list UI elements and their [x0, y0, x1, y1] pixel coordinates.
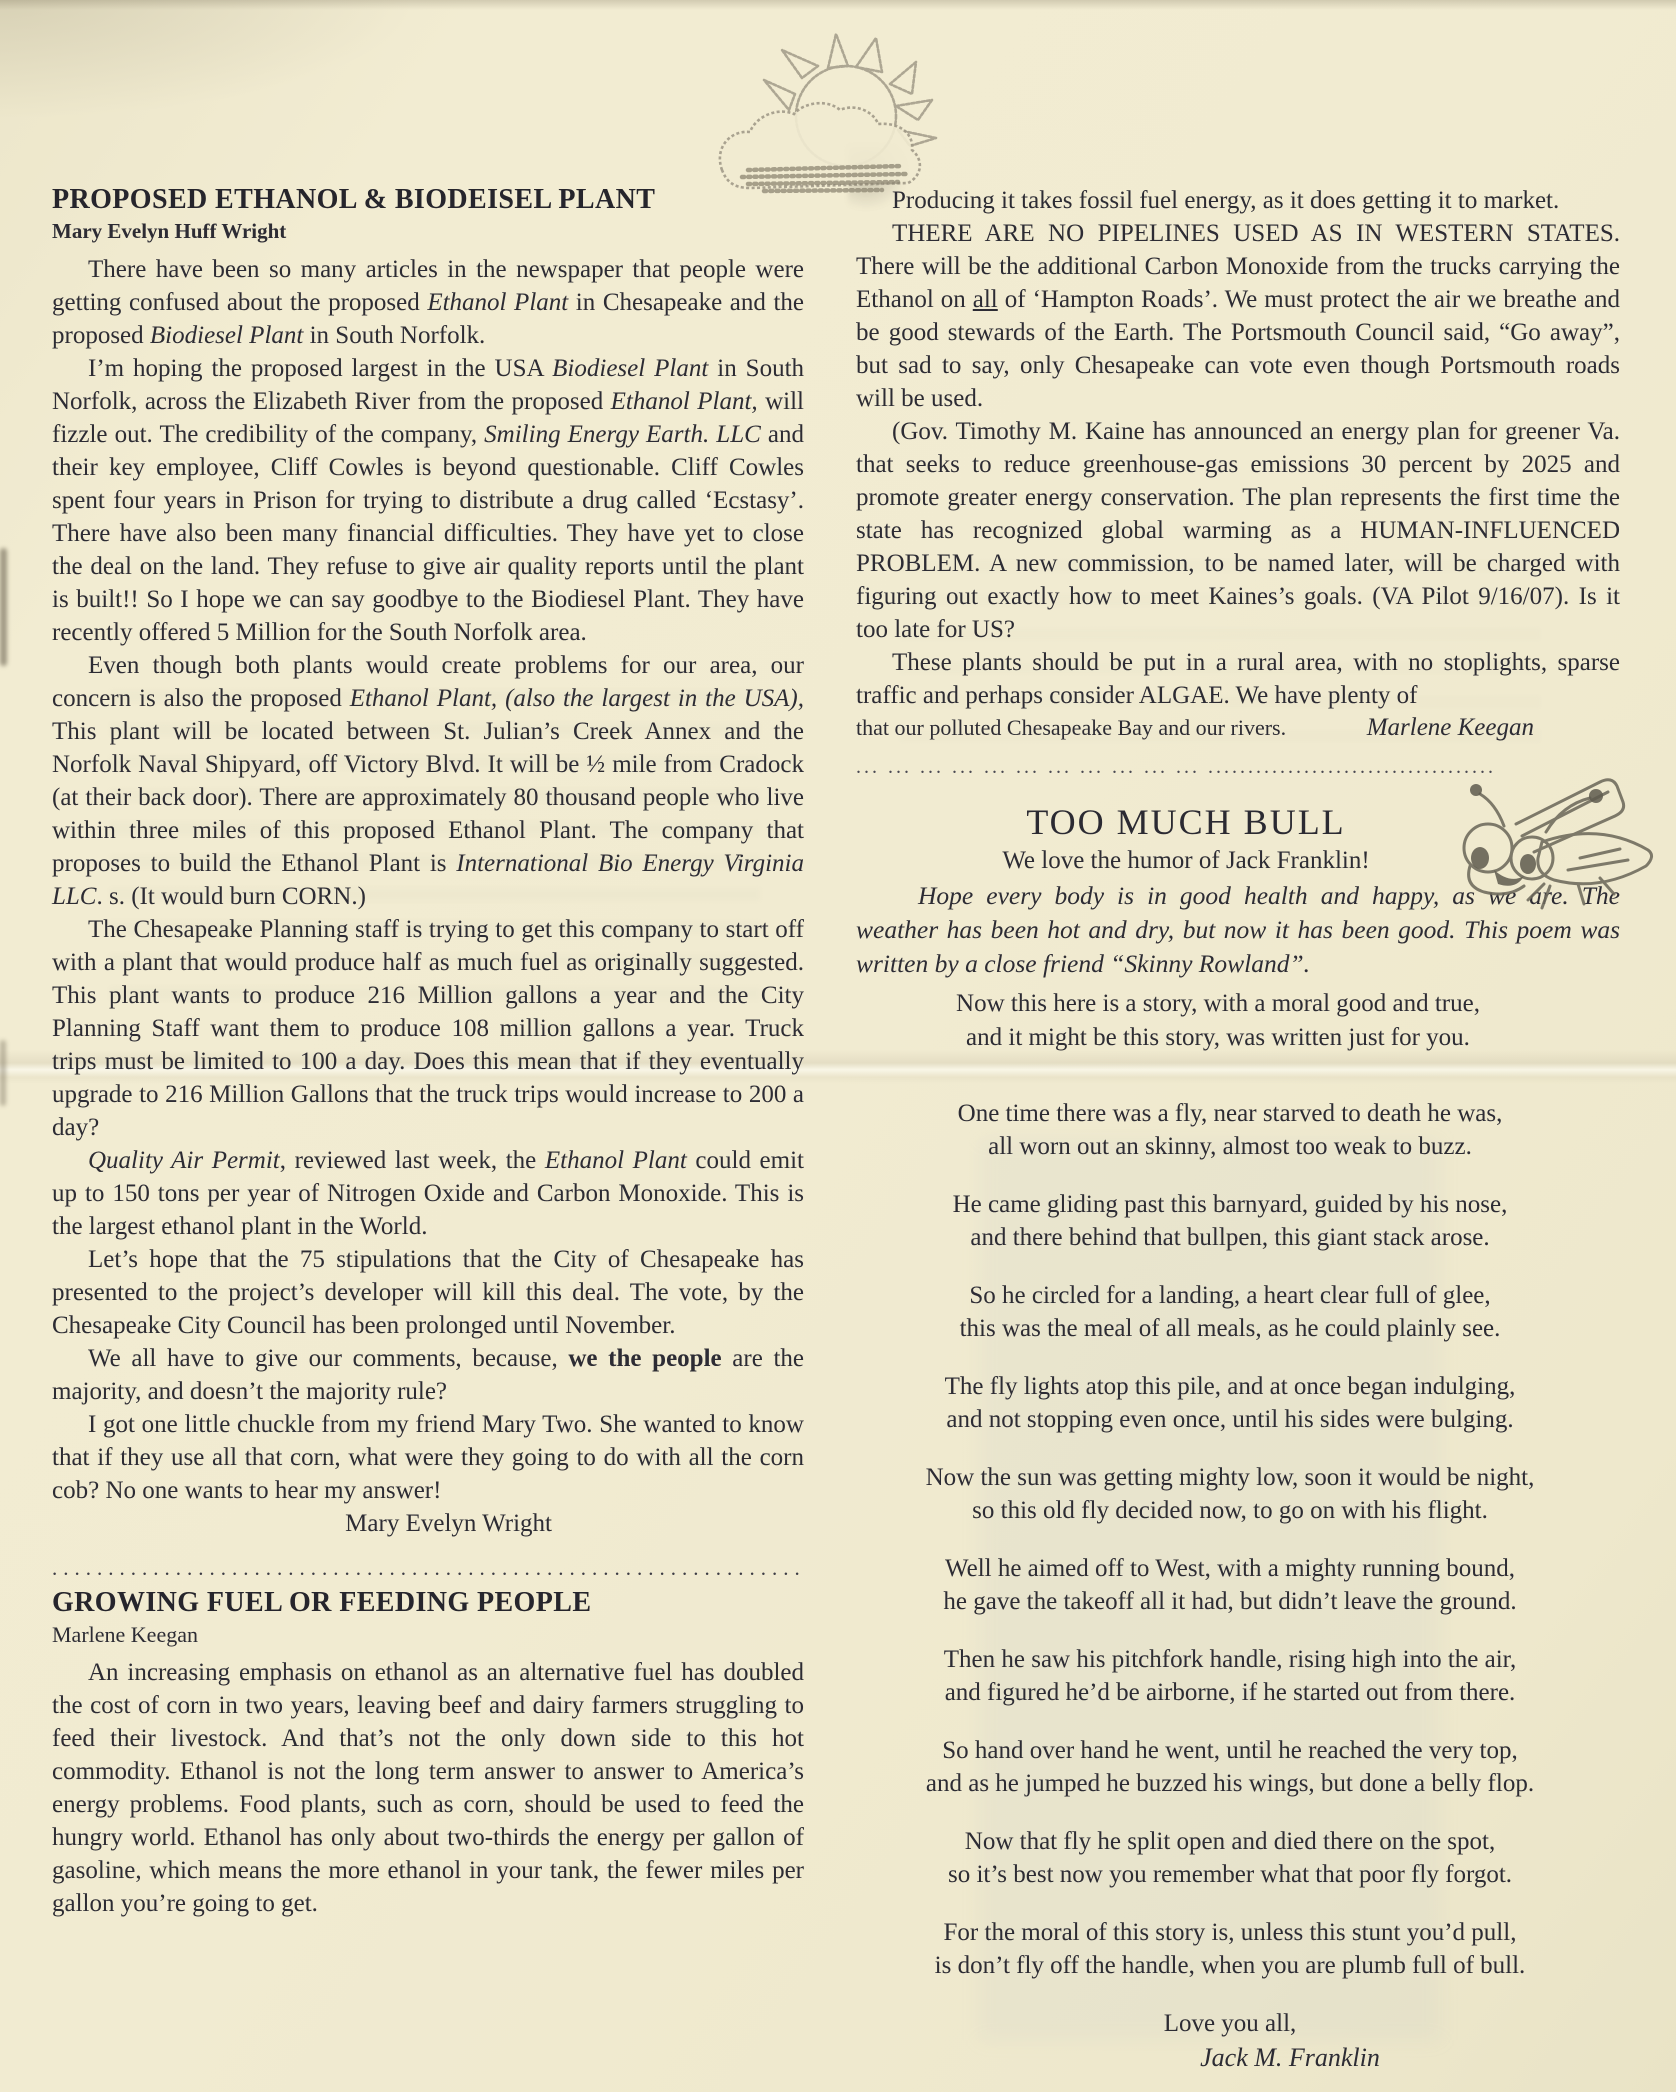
body-paragraph: I got one little chuckle from my friend … [52, 1408, 804, 1507]
body-paragraph: THERE ARE NO PIPELINES USED AS IN WESTER… [856, 217, 1620, 415]
article-title: PROPOSED ETHANOL & BIODEISEL PLANT [52, 184, 804, 216]
body-paragraph: I’m hoping the proposed largest in the U… [52, 352, 804, 649]
body-paragraph: Even though both plants would create pro… [52, 649, 804, 913]
poem: One time there was a fly, near starved t… [856, 1097, 1604, 1982]
dotted-separator: ... ... ... ... ... ... ... ... ... ... … [856, 757, 1496, 777]
too-much-bull-section: TOO MUCH BULL We love the humor of Jack … [856, 801, 1620, 2076]
left-column: PROPOSED ETHANOL & BIODEISEL PLANT Mary … [52, 184, 804, 1920]
author-signature: Jack M. Franklin [856, 2040, 1604, 2076]
poem-stanza: Now the sun was getting mighty low, soon… [856, 1461, 1604, 1527]
body-paragraph: These plants should be put in a rural ar… [856, 646, 1620, 712]
poem-line: Now the sun was getting mighty low, soon… [856, 1461, 1604, 1494]
poem-line: One time there was a fly, near starved t… [856, 1097, 1604, 1130]
poem-line: all worn out an skinny, almost too weak … [856, 1130, 1604, 1163]
poem-line: Now that fly he split open and died ther… [856, 1825, 1604, 1858]
poem-line: and there behind that bullpen, this gian… [856, 1221, 1604, 1254]
poem-stanza: Well he aimed off to West, with a mighty… [856, 1552, 1604, 1618]
poem-line: and figured he’d be airborne, if he star… [856, 1676, 1604, 1709]
body-paragraph: We all have to give our comments, becaus… [52, 1342, 804, 1408]
poem-stanza: So hand over hand he went, until he reac… [856, 1734, 1604, 1800]
body-paragraph: An increasing emphasis on ethanol as an … [52, 1656, 804, 1920]
poem-stanza: One time there was a fly, near starved t… [856, 1097, 1604, 1163]
closing-line: that our polluted Chesapeake Bay and our… [856, 712, 1620, 743]
corner-fold-shadow [0, 0, 420, 120]
poem-line: he gave the takeoff all it had, but didn… [856, 1585, 1604, 1618]
poem-line: and not stopping even once, until his si… [856, 1403, 1604, 1436]
poem-line: So hand over hand he went, until he reac… [856, 1734, 1604, 1767]
section-subtitle: We love the humor of Jack Franklin! [856, 847, 1516, 875]
poem-line: Now this here is a story, with a moral g… [856, 987, 1580, 1021]
poem-line: Well he aimed off to West, with a mighty… [856, 1552, 1604, 1585]
author-signature: Mary Evelyn Wright [52, 1507, 804, 1541]
body-paragraph: (Gov. Timothy M. Kaine has announced an … [856, 415, 1620, 646]
article-author: Mary Evelyn Huff Wright [52, 219, 804, 244]
poem-stanza: He came gliding past this barnyard, guid… [856, 1188, 1604, 1254]
author-signature: Marlene Keegan [1367, 714, 1534, 742]
poem-stanza: Now that fly he split open and died ther… [856, 1825, 1604, 1891]
body-paragraph: The Chesapeake Planning staff is trying … [52, 913, 804, 1144]
poem-stanza: The fly lights atop this pile, and at on… [856, 1370, 1604, 1436]
scan-edge-mark [0, 1040, 6, 1106]
poem-line: so it’s best now you remember what that … [856, 1858, 1604, 1891]
body-paragraph: Let’s hope that the 75 stipulations that… [52, 1243, 804, 1342]
dotted-separator: ........................................… [52, 1557, 804, 1579]
article-author: Marlene Keegan [52, 1622, 804, 1648]
article-title: GROWING FUEL OR FEEDING PEOPLE [52, 1587, 804, 1619]
body-paragraph: Producing it takes fossil fuel energy, a… [856, 184, 1620, 217]
poem-line: So he circled for a landing, a heart cle… [856, 1279, 1604, 1312]
body-paragraph: There have been so many articles in the … [52, 253, 804, 352]
poem-line: For the moral of this story is, unless t… [856, 1916, 1604, 1949]
poem-line: and as he jumped he buzzed his wings, bu… [856, 1767, 1604, 1800]
poem-line: this was the meal of all meals, as he co… [856, 1312, 1604, 1345]
poem-stanza: For the moral of this story is, unless t… [856, 1916, 1604, 1982]
section-title: TOO MUCH BULL [856, 801, 1516, 843]
poem-stanza: Then he saw his pitchfork handle, rising… [856, 1643, 1604, 1709]
scan-edge-mark [0, 548, 7, 666]
closing-text: that our polluted Chesapeake Bay and our… [856, 712, 1286, 743]
poem-stanza: So he circled for a landing, a heart cle… [856, 1279, 1604, 1345]
poem-line: The fly lights atop this pile, and at on… [856, 1370, 1604, 1403]
poem-line: so this old fly decided now, to go on wi… [856, 1494, 1604, 1527]
fly-illustration [1450, 744, 1670, 930]
poem-closing: Love you all, [856, 2007, 1604, 2040]
scanned-newsletter-page: PROPOSED ETHANOL & BIODEISEL PLANT Mary … [0, 0, 1676, 2092]
right-column: Producing it takes fossil fuel energy, a… [856, 184, 1620, 2076]
poem-line: is don’t fly off the handle, when you ar… [856, 1949, 1604, 1982]
poem-line: and it might be this story, was written … [856, 1021, 1580, 1055]
poem-line: Then he saw his pitchfork handle, rising… [856, 1643, 1604, 1676]
poem-line: He came gliding past this barnyard, guid… [856, 1188, 1604, 1221]
body-paragraph: Quality Air Permit, reviewed last week, … [52, 1144, 804, 1243]
